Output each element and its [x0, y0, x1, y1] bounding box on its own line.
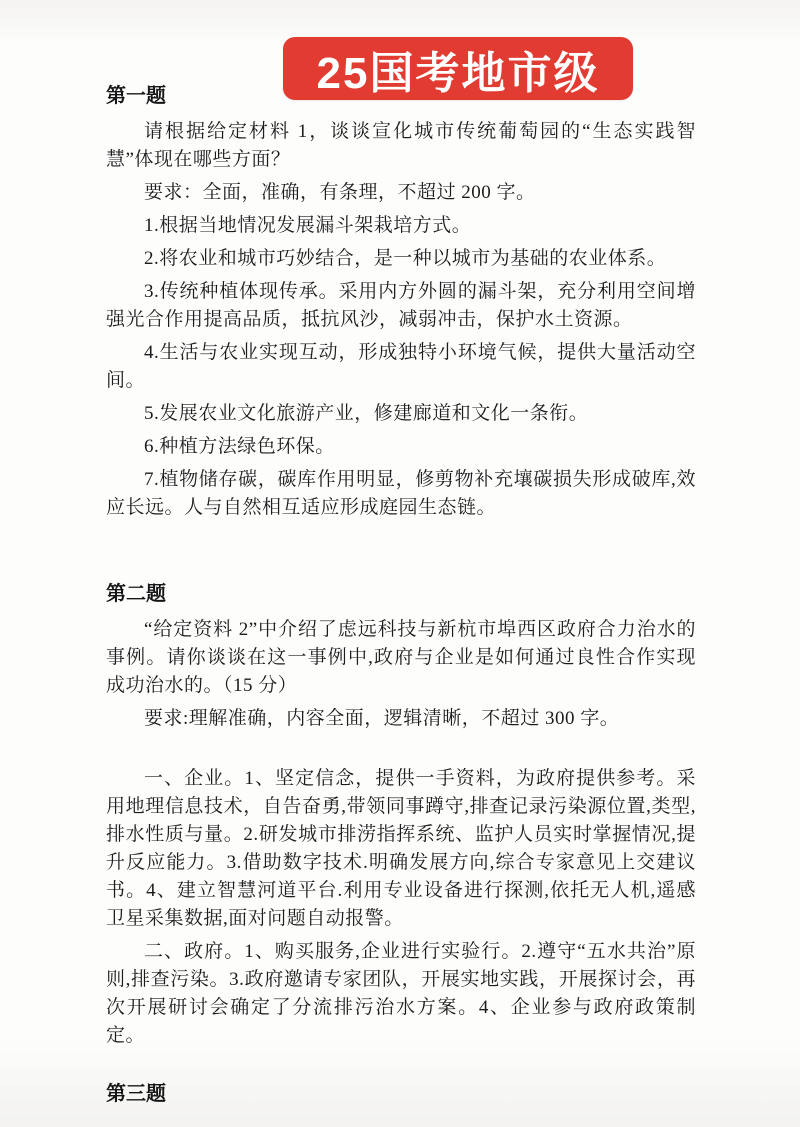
question-1-prompt: 请根据给定材料 1，谈谈宣化城市传统葡萄园的“生态实践智慧”体现在哪些方面？ [106, 118, 696, 174]
question-1-answer-item: 3.传统种植体现传承。采用内方外圆的漏斗架，充分利用空间增强光合作用提高品质，抵… [106, 278, 696, 334]
question-1-answer-item: 6.种植方法绿色环保。 [106, 433, 696, 461]
document-page: 25国考地市级 第一题 请根据给定材料 1，谈谈宣化城市传统葡萄园的“生态实践智… [0, 0, 800, 1127]
question-2-answer-enterprise: 一、企业。1、坚定信念，提供一手资料，为政府提供参考。采用地理信息技术，自告奋勇… [106, 765, 696, 933]
section-3-heading: 第三题 [106, 1080, 696, 1108]
question-1-requirements: 要求：全面，准确，有条理，不超过 200 字。 [106, 179, 696, 207]
question-1-answer-item: 4.生活与农业实现互动，形成独特小环境气候，提供大量活动空间。 [106, 339, 696, 395]
section-1-heading: 第一题 [106, 82, 696, 110]
question-1-answer-item: 2.将农业和城市巧妙结合，是一种以城市为基础的农业体系。 [106, 245, 696, 273]
question-1-answer-item: 1.根据当地情况发展漏斗架栽培方式。 [106, 212, 696, 240]
question-2-prompt: “给定资料 2”中介绍了虑远科技与新杭市埠西区政府合力治水的事例。请你谈谈在这一… [106, 616, 696, 700]
section-2-heading: 第二题 [106, 580, 696, 608]
question-2-answer-government: 二、政府。1、购买服务,企业进行实验行。2.遵守“五水共治”原则,排查污染。3.… [106, 938, 696, 1050]
document-content: 第一题 请根据给定材料 1，谈谈宣化城市传统葡萄园的“生态实践智慧”体现在哪些方… [106, 0, 696, 1108]
question-1-answer-item: 5.发展农业文化旅游产业，修建廊道和文化一条衔。 [106, 400, 696, 428]
question-2-requirements: 要求:理解准确，内容全面，逻辑清晰，不超过 300 字。 [106, 705, 696, 733]
question-1-answer-item: 7.植物储存碳，碳库作用明显，修剪物补充壤碳损失形成破库,效应长远。人与自然相互… [106, 466, 696, 522]
